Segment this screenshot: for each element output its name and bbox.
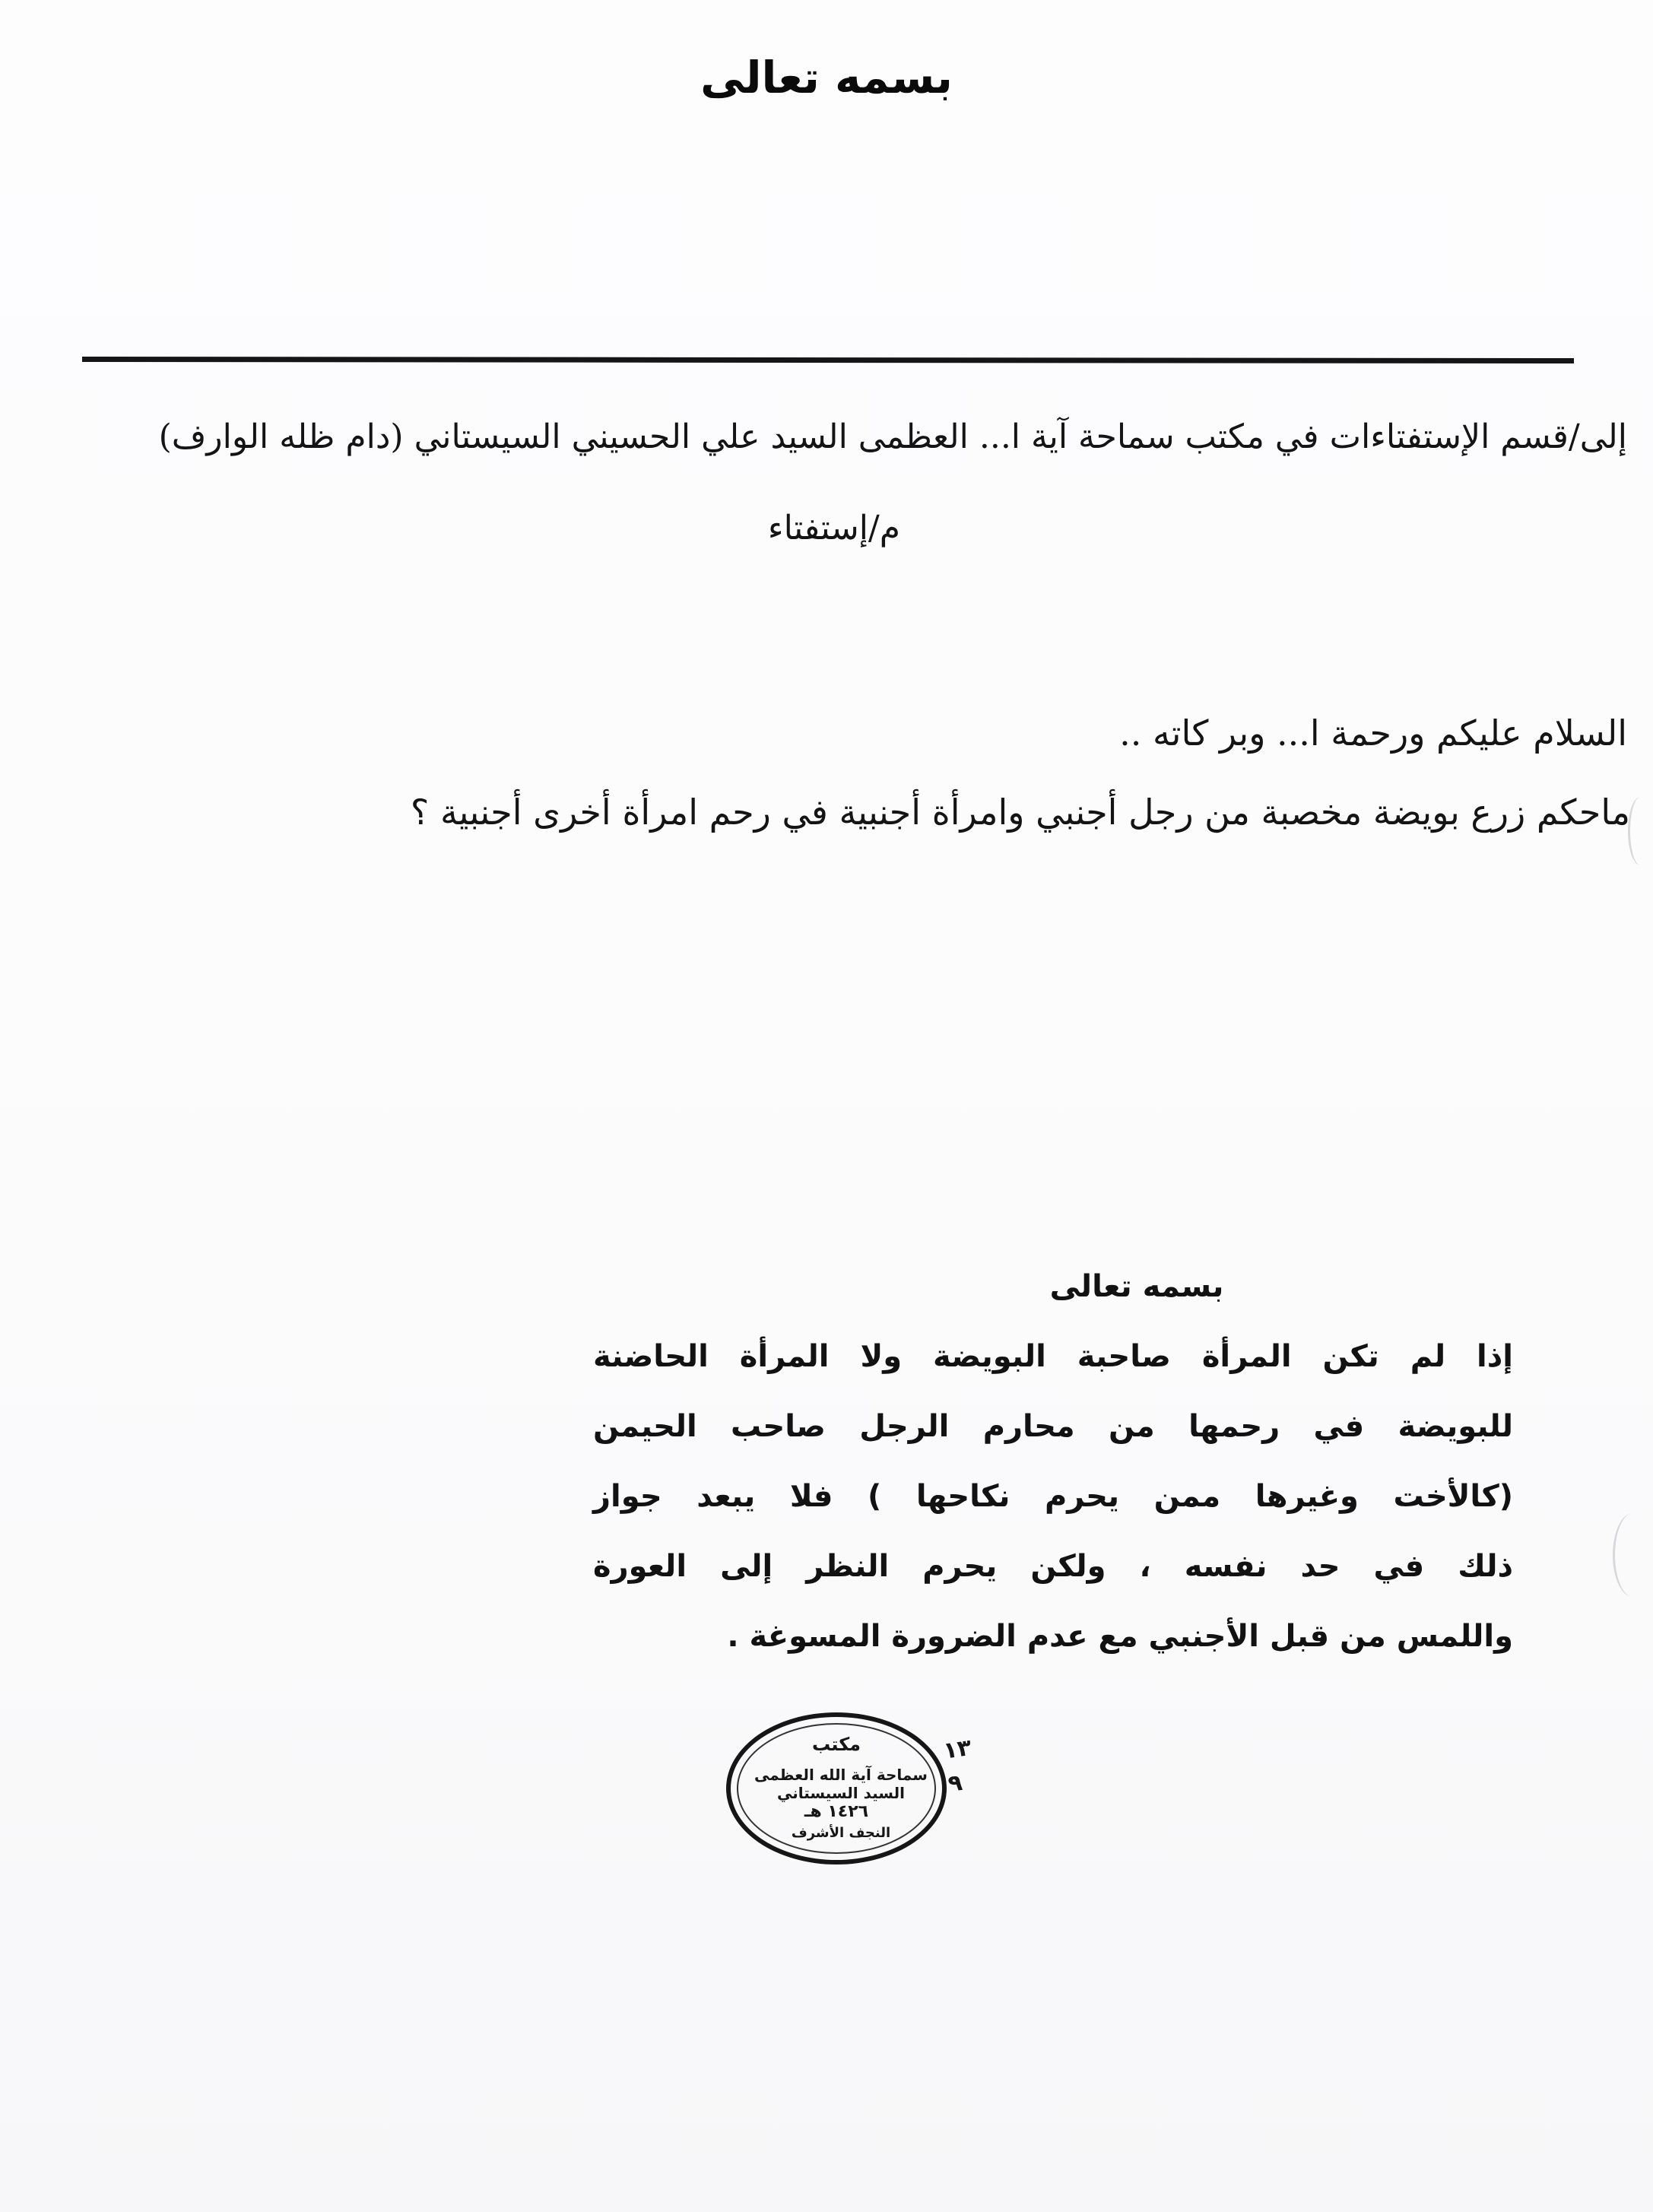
document-header-title: بسمه تعالى <box>0 47 1653 108</box>
handwritten-answer: بسمه تعالى إذا لم تكن المرأة صاحبة البوي… <box>593 1262 1513 1671</box>
answer-line: واللمس من قبل الأجنبي مع عدم الضرورة الم… <box>593 1601 1513 1671</box>
answer-line: إذا لم تكن المرأة صاحبة البويضة ولا المر… <box>593 1322 1513 1392</box>
margin-scan-mark <box>1613 1513 1653 1597</box>
greeting-line: السلام عليكم ورحمة ا... وبر كاته .. <box>715 706 1627 760</box>
subject-line: م/إستفتاء <box>444 502 900 555</box>
stamp-middle-text: سماحة آية الله العظمى السيد السيستاني <box>743 1766 939 1802</box>
stamp-bottom-text: النجف الأشرف <box>746 1825 936 1842</box>
question-text: ماحكم زرع بويضة مخصبة من رجل أجنبي وامرأ… <box>109 785 1630 839</box>
header-divider <box>82 357 1574 363</box>
stamp-date-month: ٩ <box>946 1764 978 1801</box>
stamp-year-text: ١٤٢٦ هـ <box>731 1802 942 1822</box>
margin-scan-mark <box>1628 797 1653 865</box>
answer-line: للبويضة في رحمها من محارم الرجل صاحب الح… <box>593 1392 1513 1461</box>
stamp-handwritten-date: ١٣ ٩ <box>941 1731 979 1801</box>
answer-line: (كالأخت وغيرها ممن يحرم نكاحها ) فلا يبع… <box>593 1461 1513 1531</box>
answer-title: بسمه تعالى <box>593 1262 1513 1311</box>
stamp-top-text: مكتب <box>731 1734 942 1755</box>
stamp-date-day: ١٣ <box>941 1731 973 1769</box>
scanned-document-page: بسمه تعالى إلى/قسم الإستفتاءات في مكتب س… <box>0 0 1653 2212</box>
answer-line: ذلك في حد نفسه ، ولكن يحرم النظر إلى الع… <box>593 1531 1513 1601</box>
official-seal-stamp: مكتب سماحة آية الله العظمى السيد السيستا… <box>726 1712 947 1864</box>
addressee-line: إلى/قسم الإستفتاءات في مكتب سماحة آية ا.… <box>30 411 1627 464</box>
